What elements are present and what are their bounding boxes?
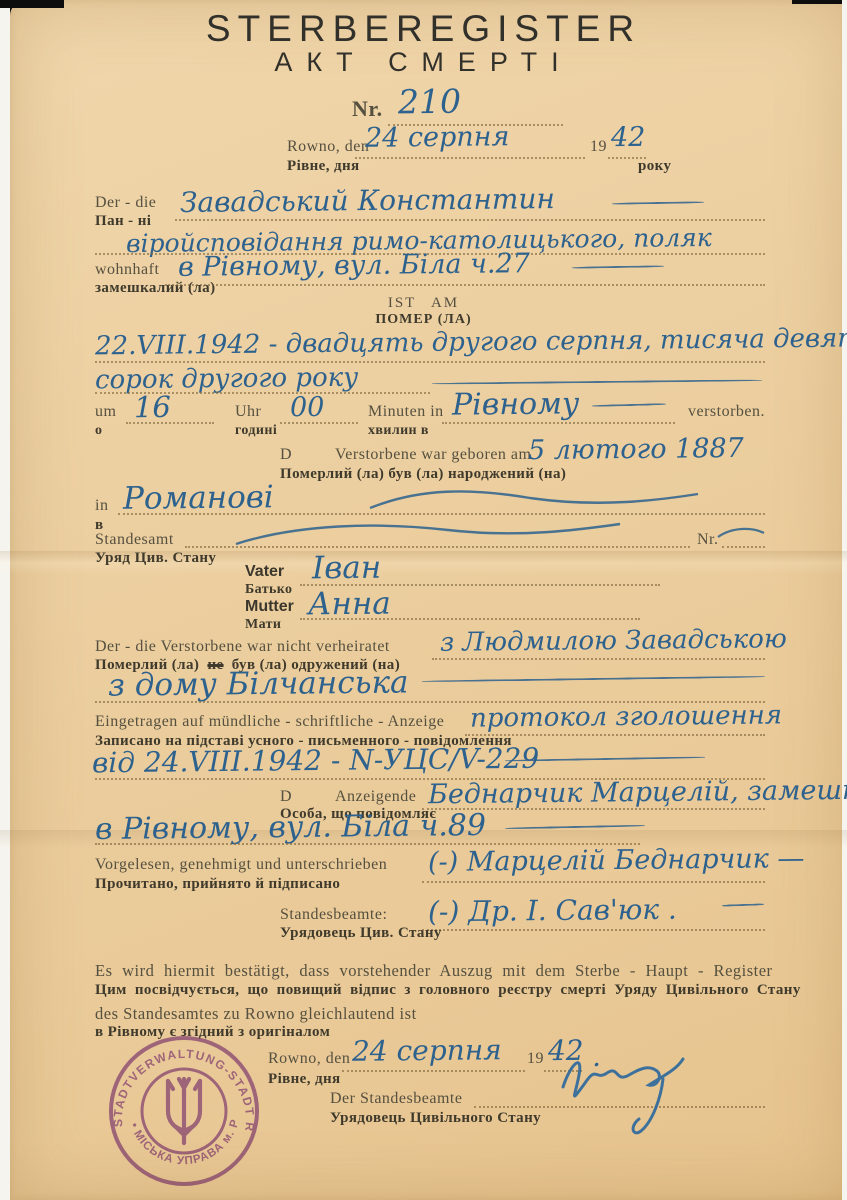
- hour-handwritten: 16: [134, 390, 171, 424]
- mutter-label: Mutter: [245, 598, 294, 616]
- footer-date-handwritten: 24 серпня: [352, 1033, 502, 1068]
- maiden-name-handwritten: з дому Білчанська: [108, 664, 409, 703]
- um-label: um: [95, 403, 116, 421]
- year-prefix: 19: [590, 138, 607, 156]
- wohnhaft-label: wohnhaft: [95, 261, 159, 279]
- footer-place-label-de: Rowno, den: [268, 1050, 350, 1068]
- maty-label: Мати: [245, 617, 281, 633]
- death-date-dotted-line1: [95, 361, 765, 363]
- nr-label: Nr.: [352, 96, 383, 122]
- ink-flourish-nr: [714, 523, 768, 541]
- residence-dotted-line: [165, 284, 765, 286]
- registration-type-handwritten: протокол зголошення: [470, 700, 782, 733]
- uriad-tsyv-stanu-label: Уряд Цив. Стану: [95, 550, 216, 567]
- registrar-dotted: [422, 929, 765, 931]
- batko-label: Батько: [245, 582, 292, 598]
- date-handwritten: 24 серпня: [365, 121, 510, 154]
- approval-dotted: [422, 881, 765, 883]
- date-place-label-de: Rowno, den: [287, 138, 369, 156]
- eingetragen-label: Eingetragen auf mündliche - schriftliche…: [95, 713, 444, 731]
- footer-year-prefix: 19: [527, 1050, 544, 1068]
- scan-edge-black-top-right: [792, 0, 847, 4]
- ist-am-label: IST AM: [0, 295, 847, 312]
- geboren-label: Verstorbene war geboren am: [335, 446, 531, 464]
- mother-dotted: [300, 618, 640, 620]
- father-name-handwritten: Іван: [312, 550, 382, 587]
- spouse-handwritten: з Людмилою Завадською: [440, 624, 787, 658]
- year-handwritten: 42: [611, 122, 646, 153]
- standesbeamte-label: Standesbeamte:: [280, 906, 387, 924]
- uriadovets-label: Урядовець Цив. Стану: [280, 925, 442, 942]
- vorgelesen-label: Vorgelesen, genehmigt und unterschrieben: [95, 856, 387, 874]
- death-place-dotted: [442, 422, 675, 424]
- deceased-name-handwritten: Завадський Константин: [180, 182, 555, 219]
- registration-ref-handwritten: від 24.VIII.1942 - N-УЦС/V-229: [92, 742, 540, 780]
- footer-official-label-uk: Урядовець Цивільного Стану: [330, 1110, 541, 1127]
- birth-date-handwritten: 5 лютого 1887: [528, 433, 744, 466]
- der-die-label: Der - die: [95, 194, 156, 212]
- prochytano-label: Прочитано, прийнято й підписано: [95, 876, 340, 893]
- standesamt-nr-dotted: [722, 546, 765, 548]
- certification-line2: Цим посвідчується, що повищий відпис з г…: [95, 982, 801, 999]
- municipal-stamp: STADTVERWALTUNG-STADT ROWNO • МІСЬКА УПР…: [108, 1035, 260, 1200]
- residence-handwritten: в Рівному, вул. Біла ч.27: [178, 248, 530, 283]
- name-dotted-line: [175, 219, 765, 221]
- minutes-dotted: [280, 422, 358, 424]
- footer-date-dotted: [342, 1070, 525, 1072]
- hour-dotted: [126, 422, 214, 424]
- uhr-label: Uhr: [235, 403, 261, 421]
- o-label: о: [95, 423, 102, 439]
- document-title-german: STERBEREGISTER: [0, 8, 847, 50]
- informant-address-handwritten: в Рівному, вул. Біла ч.89: [95, 808, 486, 847]
- d-blank-label: D: [280, 446, 292, 464]
- in-label: in: [95, 497, 108, 515]
- birth-place-dotted: [118, 513, 765, 515]
- spouse-dotted: [432, 658, 765, 660]
- anzeigende-label: Anzeigende: [335, 788, 416, 806]
- ink-flourish-birthplace: [360, 486, 705, 514]
- approval-signature-handwritten: (-) Марцелій Беднарчик —: [428, 843, 805, 878]
- document-title-ukrainian: АКТ СМЕРТІ: [0, 47, 847, 78]
- informant-name-handwritten: Беднарчик Марцелій, замешк.: [428, 775, 847, 811]
- mother-name-handwritten: Анна: [308, 586, 391, 623]
- certification-line3: des Standesamtes zu Rowno gleichlautend …: [95, 1004, 417, 1024]
- date-place-label-uk: Рівне, дня: [287, 158, 360, 175]
- verheiratet-label: Der - die Verstorbene war nicht verheira…: [95, 638, 390, 656]
- trident-icon: [168, 1079, 200, 1143]
- khvylyn-label: хвилин в: [368, 423, 429, 439]
- standesamt-dotted: [185, 546, 690, 548]
- d-blank-label-2: D: [280, 788, 292, 806]
- death-place-handwritten: Рівному: [452, 386, 580, 422]
- date-dotted-line: [355, 157, 585, 159]
- roku-label: року: [638, 158, 671, 175]
- standesamt-label: Standesamt: [95, 531, 174, 549]
- hodyni-label: годині: [235, 423, 277, 439]
- certification-line1: Es wird hiermit bestätigt, dass vorstehe…: [95, 961, 773, 981]
- scan-strip-right: [842, 0, 847, 1200]
- birth-place-handwritten: Романові: [123, 479, 274, 517]
- minutes-handwritten: 00: [290, 392, 325, 423]
- pan-ni-label: Пан - ні: [95, 213, 151, 230]
- footer-place-label-uk: Рівне, дня: [268, 1071, 341, 1088]
- scan-strip-left: [0, 8, 10, 1200]
- vater-label: Vater: [245, 563, 284, 581]
- ink-flourish-standesamt: [228, 520, 628, 548]
- official-signature: [545, 1035, 715, 1150]
- nr-value-handwritten: 210: [398, 82, 461, 122]
- narodzhenyi-label: Померлий (ла) був (ла) народжений (на): [280, 466, 566, 483]
- minuten-in-label: Minuten in: [368, 403, 444, 421]
- footer-official-label-de: Der Standesbeamte: [330, 1090, 462, 1108]
- verstorben-label: verstorben.: [688, 403, 765, 421]
- registrar-signature-handwritten: (-) Др. І. Сав'юк .: [428, 893, 677, 929]
